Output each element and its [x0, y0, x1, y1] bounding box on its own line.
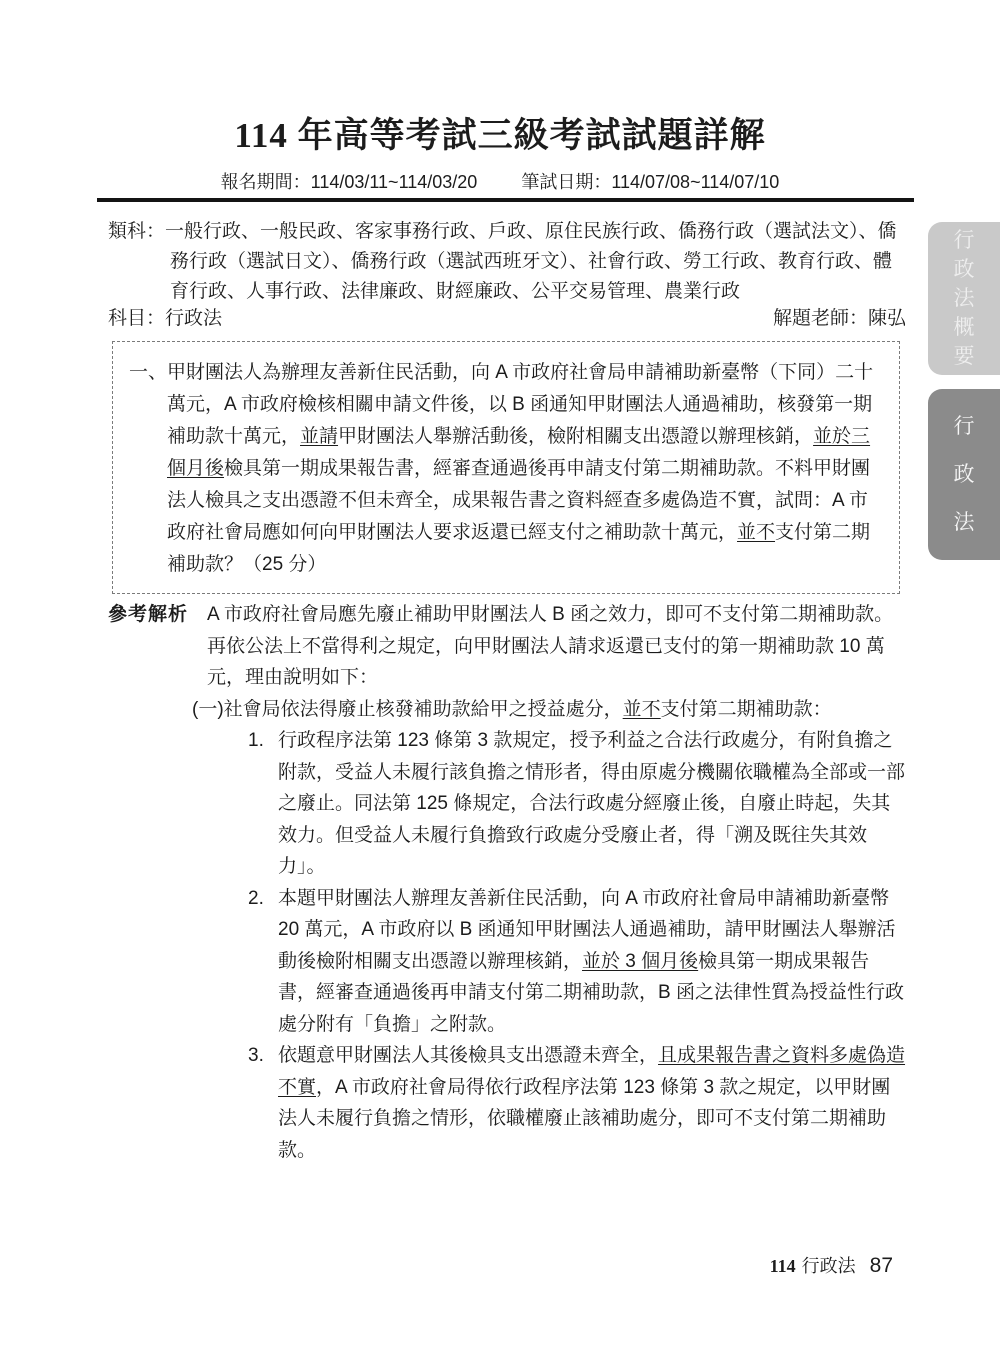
categories-paragraph: 類科：一般行政、一般民政、客家事務行政、戶政、原住民族行政、僑務行政（選試法文）…	[108, 217, 908, 307]
text-run: (一)社會局依法得廢止核發補助款給甲之授益處分，	[192, 699, 623, 720]
underlined-text: 並於 3 個月後	[582, 951, 698, 972]
analysis-items: 1.行政程序法第 123 條第 3 款規定，授予利益之合法行政處分，有附負擔之附…	[207, 725, 906, 1166]
analysis-item-number: 1.	[248, 725, 278, 883]
underlined-text: 並不	[623, 699, 661, 720]
footer-page-number: 87	[870, 1254, 893, 1278]
page-footer: 114 行政法 87	[770, 1252, 893, 1278]
tab-character: 行	[954, 416, 975, 437]
footer-subject: 行政法	[802, 1252, 856, 1278]
question-box: 一、甲財團法人為辦理友善新住民活動，向 A 市政府社會局申請補助新臺幣（下同）二…	[112, 341, 900, 594]
category-label: 類科：	[108, 221, 165, 242]
teacher-label: 解題老師：陳弘	[773, 303, 906, 330]
text-run: ，A 市政府社會局得依行政程序法第 123 條第 3 款之規定，以甲財團法人未履…	[278, 1077, 890, 1161]
analysis-body: A 市政府社會局應先廢止補助甲財團法人 B 函之效力，即可不支付第二期補助款。再…	[207, 599, 906, 1166]
analysis-item: 1.行政程序法第 123 條第 3 款規定，授予利益之合法行政處分，有附負擔之附…	[248, 725, 906, 883]
analysis-section-heading: (一)社會局依法得廢止核發補助款給甲之授益處分，並不支付第二期補助款：	[192, 694, 906, 726]
text-run: 甲財團法人舉辦活動後，檢附相關支出憑證以辦理核銷，	[338, 426, 813, 447]
text-run: A 市政府社會局應先廢止補助甲財團法人 B 函之效力，即可不支付第二期補助款。再…	[207, 604, 893, 688]
question-text: 一、甲財團法人為辦理友善新住民活動，向 A 市政府社會局申請補助新臺幣（下同）二…	[129, 357, 883, 581]
tab-character: 政	[954, 464, 975, 485]
written-exam-date: 筆試日期：114/07/08~114/07/10	[521, 172, 779, 192]
tab-administrative-law-summary: 行政法概要	[928, 222, 1000, 375]
exam-meta: 類科：一般行政、一般民政、客家事務行政、戶政、原住民族行政、僑務行政（選試法文）…	[108, 217, 908, 307]
tab-character: 概	[954, 317, 975, 338]
analysis-item: 2.本題甲財團法人辦理友善新住民活動，向 A 市政府社會局申請補助新臺幣 20 …	[248, 883, 906, 1041]
tab-character: 要	[954, 346, 975, 367]
subject-label: 科目：行政法	[108, 303, 222, 330]
analysis-item-text: 行政程序法第 123 條第 3 款規定，授予利益之合法行政處分，有附負擔之附款，…	[278, 725, 906, 883]
analysis-intro: A 市政府社會局應先廢止補助甲財團法人 B 函之效力，即可不支付第二期補助款。再…	[207, 599, 906, 694]
book-page: 114 年高等考試三級考試試題詳解 報名期間：114/03/11~114/03/…	[0, 0, 1000, 1353]
analysis-item-text: 依題意甲財團法人其後檢具支出憑證未齊全，且成果報告書之資料多處偽造不實，A 市政…	[278, 1040, 906, 1166]
analysis-item-number: 3.	[248, 1040, 278, 1166]
subject-row: 科目：行政法 解題老師：陳弘	[108, 303, 906, 330]
underlined-text: 並不	[737, 522, 775, 543]
tab-administrative-law: 行政法	[928, 389, 1000, 560]
tab-character: 法	[954, 512, 975, 533]
text-run: 依題意甲財團法人其後檢具支出憑證未齊全，	[278, 1045, 658, 1066]
text-run: 行政程序法第 123 條第 3 款規定，授予利益之合法行政處分，有附負擔之附款，…	[278, 730, 905, 877]
underlined-text: 並請	[300, 426, 338, 447]
footer-edition: 114	[770, 1256, 796, 1277]
analysis-item-number: 2.	[248, 883, 278, 1041]
analysis-item-text: 本題甲財團法人辦理友善新住民活動，向 A 市政府社會局申請補助新臺幣 20 萬元…	[278, 883, 906, 1041]
registration-period: 報名期間：114/03/11~114/03/20	[221, 172, 478, 192]
tab-character: 政	[954, 259, 975, 280]
text-run: 支付第二期補助款：	[661, 699, 832, 720]
analysis-label: 參考解析	[108, 599, 188, 626]
tab-character: 法	[954, 288, 975, 309]
analysis-item: 3.依題意甲財團法人其後檢具支出憑證未齊全，且成果報告書之資料多處偽造不實，A …	[248, 1040, 906, 1166]
exam-dates-line: 報名期間：114/03/11~114/03/20筆試日期：114/07/08~1…	[0, 168, 1000, 194]
header-divider	[97, 198, 914, 202]
category-list: 一般行政、一般民政、客家事務行政、戶政、原住民族行政、僑務行政（選試法文）、僑務…	[165, 221, 897, 302]
tab-character: 行	[954, 230, 975, 251]
page-title: 114 年高等考試三級考試試題詳解	[0, 108, 1000, 158]
